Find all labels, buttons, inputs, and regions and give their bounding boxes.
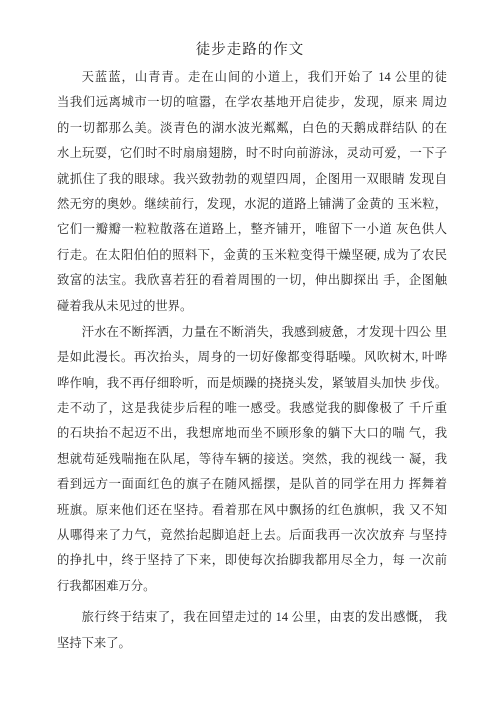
text-line: 水上玩耍，它们时不时扇扇翅膀，时不时向前游泳，灵动可爱，一下子 <box>57 141 447 166</box>
text-line: 然无穷的奥妙。继续前行，发现，水泥的道路上铺满了金黄的 玉米粒， <box>57 192 447 217</box>
document-page: 徒步走路的作文 天蓝蓝，山青青。走在山间的小道上，我们开始了 14 公里的徒 步… <box>0 0 500 707</box>
essay-body: 天蓝蓝，山青青。走在山间的小道上，我们开始了 14 公里的徒 步。当我们远离城市… <box>57 65 447 656</box>
text-line: 班旗。原来他们还在坚持。看着那在风中飘扬的红色旗帜，我 又不知 <box>57 498 447 523</box>
text-line: 的挣扎中，终于坚持了下来，即使每次抬脚我都用尽全力，每 一次前 <box>57 548 447 573</box>
text-line: 看到远方一面面红色的旗子在随风摇摆，是队首的同学在用力 挥舞着 <box>57 472 447 497</box>
essay-paragraph: 汗水在不断挥洒，力量在不断消失，我感到疲惫，才发现十四公 里是如此漫长。再次抬头… <box>57 320 447 599</box>
text-line: 当我们远离城市一切的喧嚣，在学农基地开启徒步，发现，原来 周边 <box>57 90 447 115</box>
text-line: 的石块抬不起迈不出，我想席地而坐不顾形象的躺下大口的喘 气，我 <box>57 421 447 446</box>
text-line: 是如此漫长。再次抬头，周身的一切好像都变得聒噪。风吹树木, 叶哗 <box>57 345 447 370</box>
text-line: 它们一瓣瓣一粒粒散落在道路上，整齐铺开，唯留下一小道 灰色供人 <box>57 217 447 242</box>
text-line: 旅行终于结束了，我在回望走过的 14 公里，由衷的发出感慨， 我 <box>57 605 447 630</box>
text-line: 天蓝蓝，山青青。走在山间的小道上，我们开始了 14 公里的徒 步。 <box>57 65 447 90</box>
text-line: 行我都困难万分。 <box>57 574 447 599</box>
text-line: 汗水在不断挥洒，力量在不断消失，我感到疲惫，才发现十四公 里 <box>57 320 447 345</box>
essay-title: 徒步走路的作文 <box>0 40 500 60</box>
text-line: 碰着我从未见过的世界。 <box>57 294 447 319</box>
essay-paragraph: 旅行终于结束了，我在回望走过的 14 公里，由衷的发出感慨， 我坚持下来了。 <box>57 605 447 656</box>
essay-paragraph: 天蓝蓝，山青青。走在山间的小道上，我们开始了 14 公里的徒 步。当我们远离城市… <box>57 65 447 319</box>
text-line: 走不动了，这是我徒步后程的唯一感受。我感觉我的脚像极了 千斤重 <box>57 396 447 421</box>
text-line: 坚持下来了。 <box>57 631 447 656</box>
text-line: 想就苟延残喘拖在队尾，等待车辆的接送。突然，我的视线一 凝，我 <box>57 447 447 472</box>
text-line: 哗作响，我不再仔细聆听，而是烦躁的挠挠头发，紧皱眉头加快 步伐。 <box>57 371 447 396</box>
text-line: 从哪得来了力气，竟然抬起脚追赶上去。后面我再一次次放弃 与坚持 <box>57 523 447 548</box>
text-line: 致富的法宝。我欣喜若狂的看着周围的一切，伸出脚探出 手，企图触 <box>57 268 447 293</box>
text-line: 行走。在太阳伯伯的照料下，金黄的玉米粒变得干燥坚硬, 成为了农民 <box>57 243 447 268</box>
text-line: 的一切都那么美。淡青色的湖水波光粼粼，白色的天鹅成群结队 的在 <box>57 116 447 141</box>
text-line: 就抓住了我的眼球。我兴致勃勃的观望四周，企图用一双眼睛 发现自 <box>57 167 447 192</box>
